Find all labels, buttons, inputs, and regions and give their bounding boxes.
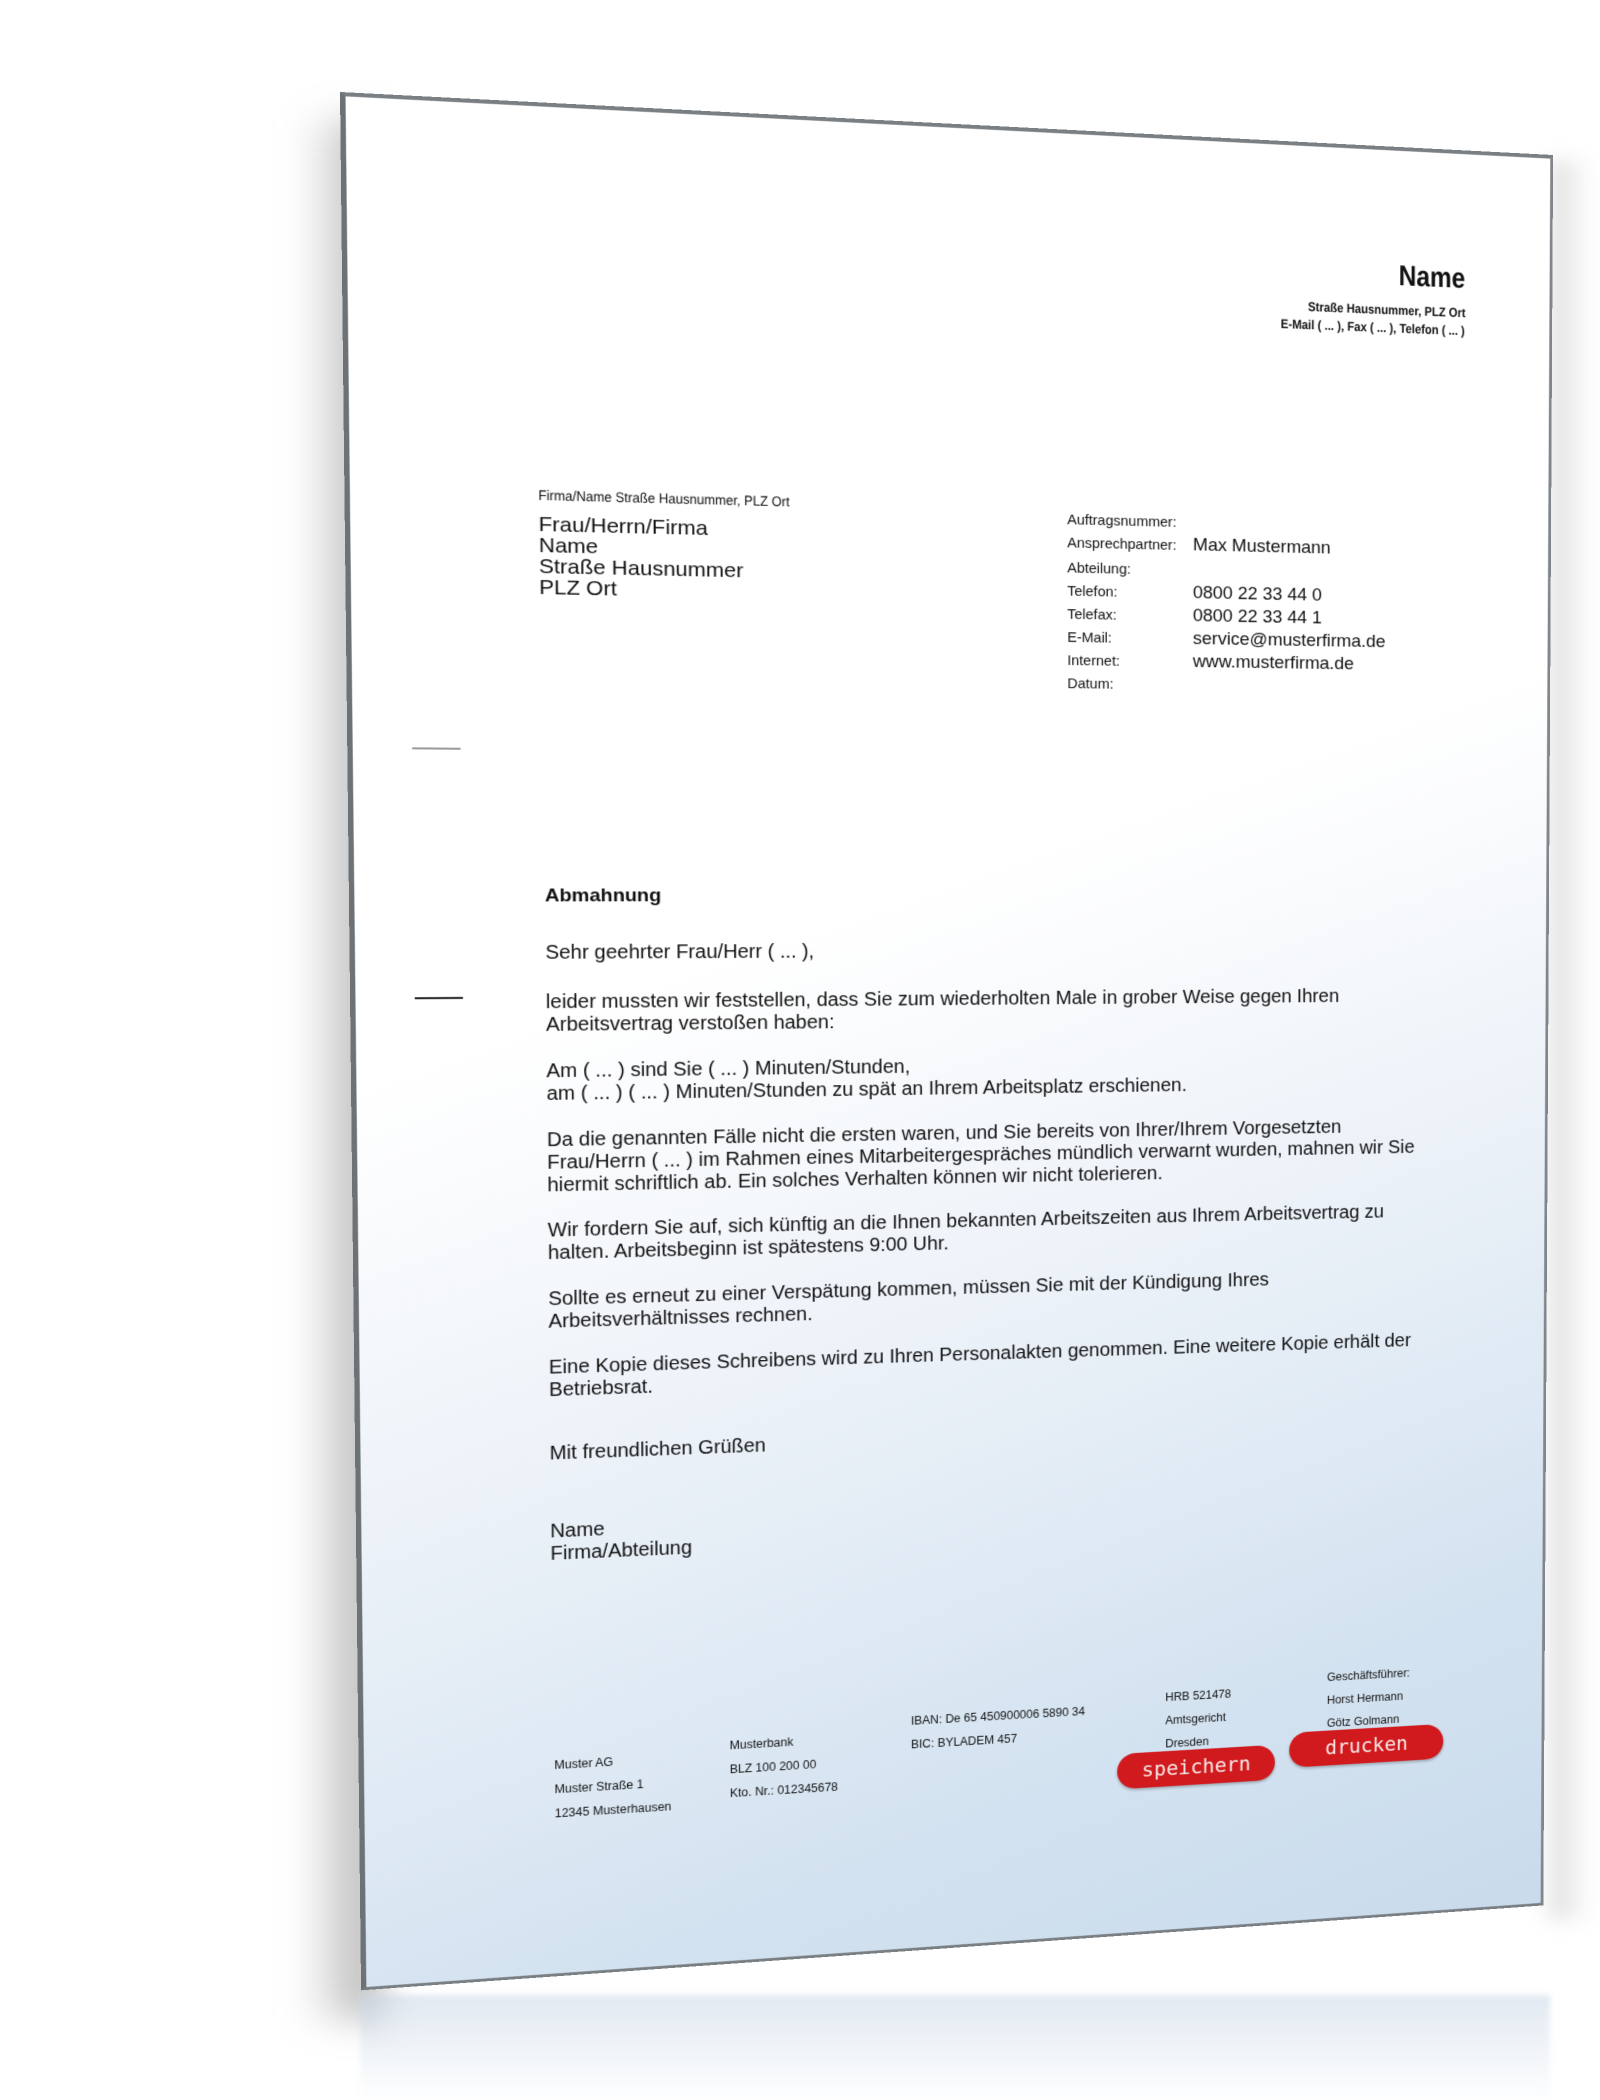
footer-company: Muster AG Muster Straße 1 12345 Musterha… (554, 1747, 671, 1826)
info-row-order-number: Auftragsnummer: (1067, 508, 1193, 532)
sender-name: Name (1399, 260, 1466, 295)
info-value: 0800 22 33 44 1 (1193, 605, 1322, 627)
info-label: Datum: (1067, 677, 1192, 694)
info-value: Max Mustermann (1193, 534, 1331, 557)
info-label: Ansprechpartner: (1067, 536, 1193, 554)
paragraph: Eine Kopie dieses Schreibens wird zu Ihr… (549, 1330, 1411, 1402)
info-label: Internet: (1067, 653, 1193, 670)
page-shadow-right (1550, 160, 1590, 1920)
save-button[interactable]: speichern (1117, 1745, 1275, 1790)
info-label: Telefon: (1067, 584, 1193, 602)
info-label: Abteilung: (1067, 561, 1193, 579)
punch-mark (415, 997, 463, 999)
info-row-fax: Telefax:0800 22 33 44 1 (1067, 602, 1322, 628)
info-value: 0800 22 33 44 0 (1193, 582, 1322, 605)
info-row-contact-person: Ansprechpartner:Max Mustermann (1067, 531, 1331, 558)
info-value: service@musterfirma.de (1193, 628, 1386, 651)
signature-department: Firma/Abteilung (550, 1537, 692, 1565)
footer-bank: Musterbank BLZ 100 200 00 Kto. Nr.: 0123… (730, 1728, 838, 1806)
sender-contact: E-Mail ( ... ), Fax ( ... ), Telefon ( .… (1281, 317, 1465, 338)
footer-line: Kto. Nr.: 012345678 (730, 1775, 838, 1805)
info-label: E-Mail: (1067, 630, 1193, 648)
signature-block: Name Firma/Abteilung (550, 1515, 692, 1566)
info-value: www.musterfirma.de (1193, 651, 1354, 673)
print-button[interactable]: drucken (1289, 1724, 1443, 1768)
info-row-department: Abteilung: (1067, 556, 1193, 580)
paragraph: Am ( ... ) sind Sie ( ... ) Minuten/Stun… (546, 1053, 1187, 1106)
footer-iban: IBAN: De 65 450900006 5890 34 BIC: BYLAD… (911, 1700, 1085, 1757)
footer-line: Amtsgericht (1165, 1706, 1231, 1733)
page-reflection (360, 1995, 1550, 2100)
footer-register: HRB 521478 Amtsgericht Dresden (1165, 1683, 1231, 1756)
sender-address: Straße Hausnummer, PLZ Ort (1308, 299, 1466, 320)
recipient-address: Frau/Herrn/Firma Name Straße Hausnummer … (539, 514, 744, 602)
letter-page: Name Straße Hausnummer, PLZ Ort E-Mail (… (340, 92, 1553, 1990)
salutation: Sehr geehrter Frau/Herr ( ... ), (545, 941, 814, 965)
fold-mark (412, 747, 460, 749)
info-row-phone: Telefon:0800 22 33 44 0 (1067, 579, 1322, 605)
footer-management: Geschäftsführer: Horst Hermann Götz Golm… (1327, 1662, 1410, 1735)
info-row-date: Datum: (1067, 672, 1192, 695)
closing: Mit freundlichen Grüßen (549, 1435, 765, 1465)
paragraph: Sollte es erneut zu einer Verspätung kom… (548, 1270, 1269, 1334)
paragraph: Da die genannten Fälle nicht die ersten … (547, 1116, 1415, 1198)
return-address: Firma/Name Straße Hausnummer, PLZ Ort (538, 487, 789, 509)
info-label: Auftragsnummer: (1067, 513, 1193, 532)
paragraph: Wir fordern Sie auf, sich künftig an die… (548, 1202, 1384, 1265)
info-row-website: Internet:www.musterfirma.de (1067, 649, 1354, 674)
preview-stage: Name Straße Hausnummer, PLZ Ort E-Mail (… (0, 0, 1600, 2100)
letter-subject: Abmahnung (545, 886, 661, 908)
paragraph: leider mussten wir feststellen, dass Sie… (546, 986, 1340, 1037)
info-label: Telefax: (1067, 607, 1193, 625)
info-row-email: E-Mail:service@musterfirma.de (1067, 625, 1385, 651)
